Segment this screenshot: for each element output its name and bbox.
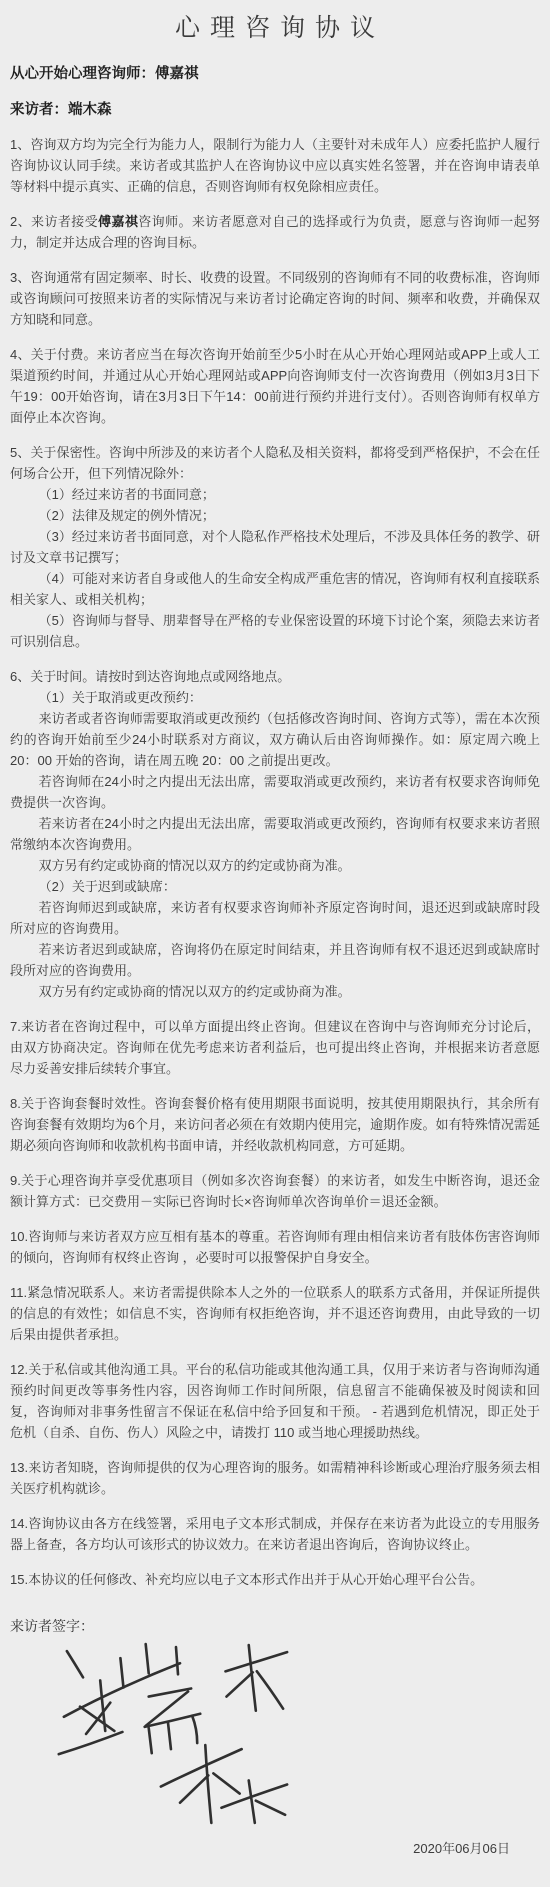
clause-2: 2、来访者接受傅嘉祺咨询师。来访者愿意对自己的选择或行为负责，愿意与咨询师一起努… <box>10 211 540 253</box>
clause-paragraph: 若咨询师迟到或缺席，来访者有权要求咨询师补齐原定咨询时间，退还迟到或缺席时段所对… <box>10 897 540 939</box>
clause-paragraph: （3）经过来访者书面同意，对个人隐私作严格技术处理后，不涉及具体任务的教学、研讨… <box>10 526 540 568</box>
clause-10: 10.咨询师与来访者双方应互相有基本的尊重。若咨询师有理由相信来访者有肢体伤害咨… <box>10 1226 540 1268</box>
clause-paragraph: 14.咨询协议由各方在线签署，采用电子文本形式制成，并保存在来访者为此设立的专用… <box>10 1513 540 1555</box>
signature-label: 来访者签字： <box>10 1616 540 1636</box>
clause-11: 11.紧急情况联系人。来访者需提供除本人之外的一位联系人的联系方式备用，并保证所… <box>10 1282 540 1345</box>
client-label: 来访者： <box>10 102 68 118</box>
clause-paragraph: 双方另有约定或协商的情况以双方的约定或协商为准。 <box>10 855 540 876</box>
agreement-document: 心理咨询协议 从心开始心理咨询师：傅嘉祺 来访者：端木森 1、咨询双方均为完全行… <box>0 0 550 1887</box>
clause-paragraph: 15.本协议的任何修改、补充均应以电子文本形式作出并于从心开始心理平台公告。 <box>10 1569 540 1590</box>
clause-paragraph: 若来访者迟到或缺席，咨询将仍在原定时间结束，并且咨询师有权不退还迟到或缺席时段所… <box>10 939 540 981</box>
clause-9: 9.关于心理咨询并享受优惠项目（例如多次咨询套餐）的来访者，如发生中断咨询，退还… <box>10 1170 540 1212</box>
clause-paragraph: 13.来访者知晓，咨询师提供的仅为心理咨询的服务。如需精神科诊断或心理治疗服务须… <box>10 1457 540 1499</box>
clause-5: 5、关于保密性。咨询中所涉及的来访者个人隐私及相关资料，都将受到严格保护，不会在… <box>10 442 540 652</box>
clause-paragraph: 双方另有约定或协商的情况以双方的约定或协商为准。 <box>10 981 540 1002</box>
clause-13: 13.来访者知晓，咨询师提供的仅为心理咨询的服务。如需精神科诊断或心理治疗服务须… <box>10 1457 540 1499</box>
clause-paragraph: 1、咨询双方均为完全行为能力人，限制行为能力人（主要针对未成年人）应委托监护人履… <box>10 134 540 197</box>
clause-6: 6、关于时间。请按时到达咨询地点或网络地点。（1）关于取消或更改预约：来访者或者… <box>10 666 540 1002</box>
counselor-label: 从心开始心理咨询师： <box>10 66 155 82</box>
clause-3: 3、咨询通常有固定频率、时长、收费的设置。不同级别的咨询师有不同的收费标准，咨询… <box>10 267 540 330</box>
page-title: 心理咨询协议 <box>10 8 540 44</box>
clause-4: 4、关于付费。来访者应当在每次咨询开始前至少5小时在从心开始心理网站或APP上或… <box>10 344 540 428</box>
client-name: 端木森 <box>68 102 112 118</box>
clause-paragraph: （2）法律及规定的例外情况； <box>10 505 540 526</box>
clause-paragraph: （1）经过来访者的书面同意； <box>10 484 540 505</box>
clause-paragraph: （1）关于取消或更改预约： <box>10 687 540 708</box>
clause-paragraph: 2、来访者接受傅嘉祺咨询师。来访者愿意对自己的选择或行为负责，愿意与咨询师一起努… <box>10 211 540 253</box>
clause-paragraph: （5）咨询师与督导、朋辈督导在严格的专业保密设置的环境下讨论个案，须隐去来访者可… <box>10 610 540 652</box>
clause-paragraph: 6、关于时间。请按时到达咨询地点或网络地点。 <box>10 666 540 687</box>
clause-paragraph: 8.关于咨询套餐时效性。咨询套餐价格有使用期限书面说明，按其使用期限执行，其余所… <box>10 1093 540 1156</box>
clause-15: 15.本协议的任何修改、补充均应以电子文本形式作出并于从心开始心理平台公告。 <box>10 1569 540 1590</box>
clause-paragraph: 10.咨询师与来访者双方应互相有基本的尊重。若咨询师有理由相信来访者有肢体伤害咨… <box>10 1226 540 1268</box>
clause-7: 7.来访者在咨询过程中，可以单方面提出终止咨询。但建议在咨询中与咨询师充分讨论后… <box>10 1016 540 1079</box>
clause-paragraph: 来访者或者咨询师需要取消或更改预约（包括修改咨询时间、咨询方式等），需在本次预约… <box>10 708 540 771</box>
clause-paragraph: （2）关于迟到或缺席： <box>10 876 540 897</box>
clauses: 1、咨询双方均为完全行为能力人，限制行为能力人（主要针对未成年人）应委托监护人履… <box>10 134 540 1590</box>
clause-8: 8.关于咨询套餐时效性。咨询套餐价格有使用期限书面说明，按其使用期限执行，其余所… <box>10 1093 540 1156</box>
clause-paragraph: 11.紧急情况联系人。来访者需提供除本人之外的一位联系人的联系方式备用，并保证所… <box>10 1282 540 1345</box>
clause-paragraph: 5、关于保密性。咨询中所涉及的来访者个人隐私及相关资料，都将受到严格保护，不会在… <box>10 442 540 484</box>
clause-paragraph: 3、咨询通常有固定频率、时长、收费的设置。不同级别的咨询师有不同的收费标准，咨询… <box>10 267 540 330</box>
counselor-name: 傅嘉祺 <box>155 66 199 82</box>
clause-paragraph: 12.关于私信或其他沟通工具。平台的私信功能或其他沟通工具，仅用于来访者与咨询师… <box>10 1359 540 1443</box>
signing-date: 2020年06月06日 <box>10 1838 540 1857</box>
clause-14: 14.咨询协议由各方在线签署，采用电子文本形式制成，并保存在来访者为此设立的专用… <box>10 1513 540 1555</box>
handwritten-signature-drawing <box>52 1640 302 1834</box>
clause-paragraph: （4）可能对来访者自身或他人的生命安全构成严重危害的情况，咨询师有权利直接联系相… <box>10 568 540 610</box>
clause-paragraph: 7.来访者在咨询过程中，可以单方面提出终止咨询。但建议在咨询中与咨询师充分讨论后… <box>10 1016 540 1079</box>
clause-paragraph: 若咨询师在24小时之内提出无法出席，需要取消或更改预约，来访者有权要求咨询师免费… <box>10 771 540 813</box>
clause-paragraph: 4、关于付费。来访者应当在每次咨询开始前至少5小时在从心开始心理网站或APP上或… <box>10 344 540 428</box>
client-line: 来访者：端木森 <box>10 98 540 119</box>
clause-paragraph: 若来访者在24小时之内提出无法出席，需要取消或更改预约，咨询师有权要求来访者照常… <box>10 813 540 855</box>
counselor-line: 从心开始心理咨询师：傅嘉祺 <box>10 62 540 83</box>
clause-1: 1、咨询双方均为完全行为能力人，限制行为能力人（主要针对未成年人）应委托监护人履… <box>10 134 540 197</box>
clause-paragraph: 9.关于心理咨询并享受优惠项目（例如多次咨询套餐）的来访者，如发生中断咨询，退还… <box>10 1170 540 1212</box>
clause-12: 12.关于私信或其他沟通工具。平台的私信功能或其他沟通工具，仅用于来访者与咨询师… <box>10 1359 540 1443</box>
